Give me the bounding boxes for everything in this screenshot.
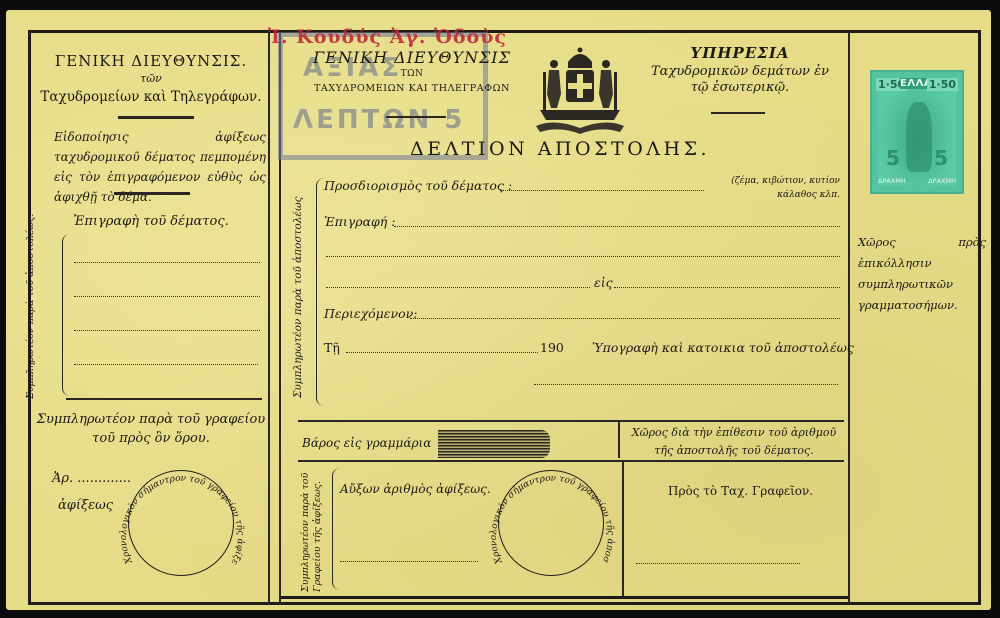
number-space-label: Χῶρος διὰ τὴν ἐπίθεσιν τοῦ ἀριθμοῦ τῆς ἀ… xyxy=(626,424,842,460)
svg-text:Χρονολογικὸν σήμαντρον τοῦ γρα: Χρονολογικὸν σήμαντρον τοῦ γραφείου τῆς … xyxy=(472,442,616,566)
arrival-notice-text: Εἰδοποίησις ἀφίξεως ταχυδρομικοῦ δέματος… xyxy=(54,127,266,207)
office-side-label: Συμπληρωτέον παρὰ τοῦ Γραφείου τῆς ἀφίξε… xyxy=(300,473,324,592)
service-header-line2: Ταχυδρομικῶν δεμάτων ἐν xyxy=(630,64,850,79)
address-line-2[interactable] xyxy=(74,296,260,297)
center-header: ΓΕΝΙΚΗ ΔΙΕΥΘΥΝΣΙΣ ΤΩΝ ΤΑΧΥΔΡΟΜΕΙΩΝ ΚΑΙ Τ… xyxy=(302,48,522,94)
left-header-line1: ΓΕΝΙΚΗ ΔΙΕΥΘΥΝΣΙΣ. xyxy=(36,52,266,70)
signature-input[interactable] xyxy=(534,384,838,385)
hermes-figure-icon xyxy=(906,102,932,172)
center-header-line3: ΤΑΧΥΔΡΟΜΕΙΩΝ ΚΑΙ ΤΗΛΕΓΡΑΦΩΝ xyxy=(302,83,522,94)
stamp-denomination-right: ΔΡΑΧΜΗ xyxy=(928,177,956,185)
contents-input[interactable] xyxy=(410,318,840,319)
svg-text:Χρονολογικὸν σήμαντρον τοῦ γρα: Χρονολογικὸν σήμαντρον τοῦ γραφείου τῆς … xyxy=(102,442,246,566)
address-input-3[interactable] xyxy=(326,287,590,288)
service-header-rule xyxy=(711,112,765,114)
description-note: (ζέμα, κιβώτιον, κυτίον κάλαθος κλπ. xyxy=(706,174,840,202)
address-line-3[interactable] xyxy=(74,330,260,331)
address-input-1[interactable] xyxy=(394,226,840,227)
description-note-line2: κάλαθος κλπ. xyxy=(706,188,840,202)
contents-label: Περιεχόμενον: xyxy=(324,306,417,321)
stamp-numeral-right: 5 xyxy=(934,146,948,170)
right-column-divider xyxy=(848,32,850,605)
center-header-rule xyxy=(386,116,446,118)
left-section-rule xyxy=(66,398,262,400)
office-side-label-line1: Συμπληρωτέον παρὰ τοῦ xyxy=(300,473,312,592)
address-line-4[interactable] xyxy=(74,364,258,365)
date-input[interactable] xyxy=(346,352,538,353)
office-note-line1: Συμπληρωτέον παρὰ τοῦ γραφείου xyxy=(36,410,266,429)
serial-number-label: Αὔξων ἀριθμὸς ἀφίξεως. xyxy=(340,482,491,496)
sender-brace xyxy=(316,178,324,406)
parcel-post-card: ΓΕΝΙΚΗ ΔΙΕΥΘΥΝΣΙΣ. τῶν Ταχυδρομείων καὶ … xyxy=(6,10,991,610)
lower-center-divider xyxy=(622,462,624,598)
date-label: Τῇ xyxy=(324,340,340,355)
service-header-line1: ΥΠΗΡΕΣΙΑ xyxy=(630,44,850,62)
left-header-line3: Ταχυδρομείων καὶ Τηλεγράφων. xyxy=(36,88,266,106)
destination-input[interactable] xyxy=(614,287,840,288)
left-column-divider-outer xyxy=(268,32,270,605)
office-side-label-line2: Γραφείου τῆς ἀφίξεως. xyxy=(312,473,324,592)
stamp-value-right: 1·50 xyxy=(927,78,958,91)
weight-label: Βάρος εἰς γραμμάρια xyxy=(302,436,431,450)
address-title: Ἐπιγραφὴ τοῦ δέματος. xyxy=(36,214,266,229)
to-office-input[interactable] xyxy=(636,563,800,564)
description-note-line1: (ζέμα, κιβώτιον, κυτίον xyxy=(706,174,840,188)
address-side-label: Συμπληρωτέον παρὰ τοῦ ἀποστολέως. xyxy=(25,214,36,399)
left-header-line2: τῶν xyxy=(36,70,266,88)
description-input[interactable] xyxy=(500,190,704,191)
number-space-line2: τῆς ἀποστολῆς τοῦ δέματος. xyxy=(626,442,842,460)
office-brace xyxy=(332,468,340,590)
value-handstamp-line2: ΛΕΠΤΩΝ 5 xyxy=(293,105,465,135)
left-header: ΓΕΝΙΚΗ ΔΙΕΥΘΥΝΣΙΣ. τῶν Ταχυδρομείων καὶ … xyxy=(36,52,266,106)
red-handstamp: Ἰ. Κουδύς Ἀγ. Ὁδοὺς xyxy=(268,26,507,48)
additional-stamps-space-text: Χῶρος πρὸς ἐπικόλλησιν συμπληρωτικῶν γρα… xyxy=(858,232,986,316)
arrival-postmark-arc-text: Χρονολογικὸν σήμαντρον τοῦ γραφείου τῆς … xyxy=(102,442,262,602)
postage-stamp: 1·50 ΕΛΛΑΣ 1·50 5 5 ΔΡΑΧΜΗ ΔΡΑΧΜΗ xyxy=(870,70,964,194)
signature-label: Ὑπογραφὴ καὶ κατοικια τοῦ ἀποστολέως xyxy=(592,340,854,355)
weight-row-top-rule xyxy=(298,420,844,422)
left-header-rule xyxy=(118,116,194,119)
stamp-denomination-left: ΔΡΑΧΜΗ xyxy=(878,177,906,185)
dispatch-postmark-arc-text: Χρονολογικὸν σήμαντρον τοῦ γραφείου τῆς … xyxy=(472,442,632,602)
destination-label: εἰς xyxy=(594,275,613,290)
description-label: Προσδιορισμὸς τοῦ δέματος : xyxy=(324,178,512,193)
serial-number-input[interactable] xyxy=(340,561,478,562)
center-header-line1: ΓΕΝΙΚΗ ΔΙΕΥΘΥΝΣΙΣ xyxy=(302,48,522,67)
address-line-1[interactable] xyxy=(74,262,260,263)
service-header: ΥΠΗΡΕΣΙΑ Ταχυδρομικῶν δεμάτων ἐν τῷ ἐσωτ… xyxy=(630,44,850,95)
sender-side-label: Συμπληρωτέον παρὰ τοῦ ἀποστολέως xyxy=(292,197,304,398)
form-title: ΔΕΛΤΙΟΝ ΑΠΟΣΤΟΛΗΣ. xyxy=(410,138,710,160)
coat-of-arms-icon xyxy=(534,42,626,140)
number-space-line1: Χῶρος διὰ τὴν ἐπίθεσιν τοῦ ἀριθμοῦ xyxy=(626,424,842,442)
year-prefix: 190 xyxy=(540,340,564,355)
service-header-line3: τῷ ἐσωτερικῷ. xyxy=(630,80,850,95)
to-office-label: Πρὸς τὸ Ταχ. Γραφεῖον. xyxy=(668,484,813,498)
left-notice-rule xyxy=(114,192,190,195)
stamp-numeral-left: 5 xyxy=(886,146,900,170)
address-input-2[interactable] xyxy=(326,256,840,257)
center-header-line2: ΤΩΝ xyxy=(302,69,522,79)
address-brace xyxy=(62,234,70,396)
center-bottom-rule xyxy=(280,596,848,599)
address-label: Ἐπιγραφή : xyxy=(324,214,395,229)
